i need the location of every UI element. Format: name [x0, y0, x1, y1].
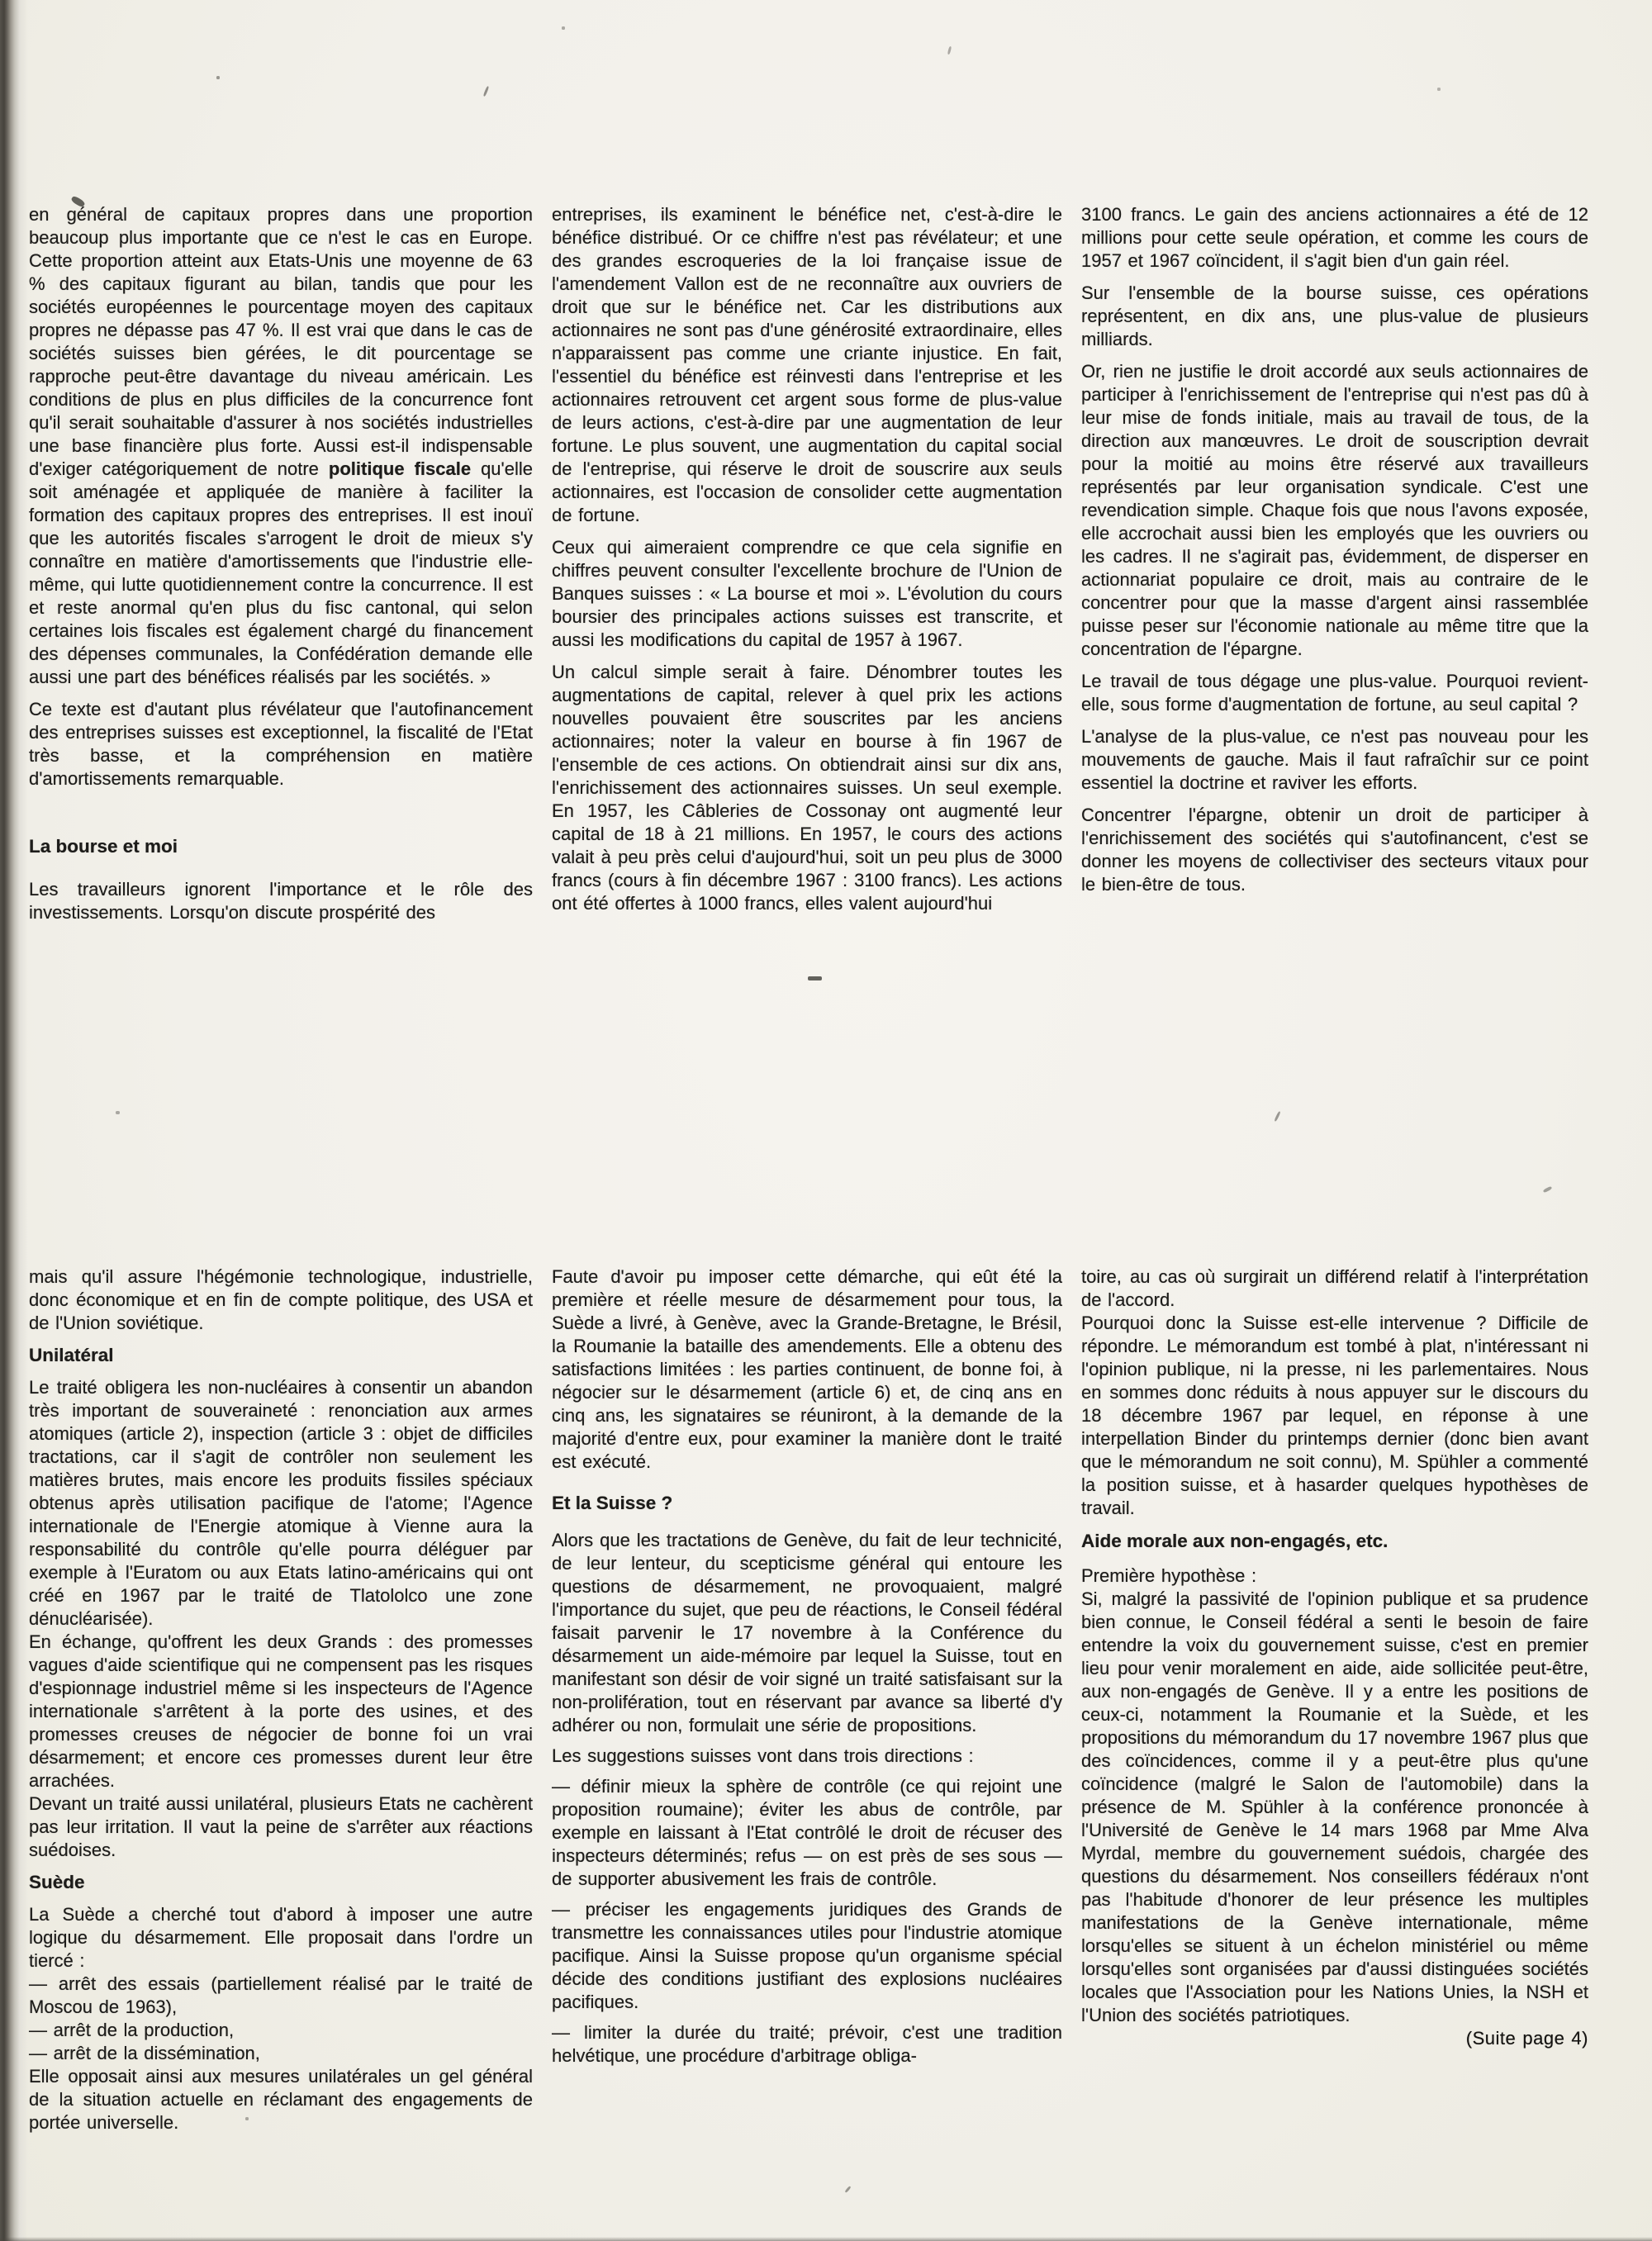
continuation-note: (Suite page 4) [1081, 2027, 1588, 2050]
paragraph: entreprises, ils examinent le bénéfice n… [552, 203, 1062, 527]
paragraph: Un calcul simple serait à faire. Dénombr… [552, 661, 1062, 915]
subheading-premiere-hypothese: Première hypothèse : [1081, 1564, 1588, 1588]
paragraph: Or, rien ne justifie le droit accordé au… [1081, 360, 1588, 661]
bold-run-politique-fiscale: politique fiscale [329, 458, 471, 479]
paragraph: Concentrer l'épargne, obtenir un droit d… [1081, 804, 1588, 896]
paragraph: Le traité obligera les non-nucléaires à … [29, 1376, 533, 1631]
paragraph-text: qu'elle soit aménagée et appliquée de ma… [29, 458, 533, 687]
paragraph: En échange, qu'offrent les deux Grands :… [29, 1631, 533, 1792]
paragraph: Ce texte est d'autant plus révélateur qu… [29, 698, 533, 791]
scan-speck [483, 86, 490, 97]
top-column-2: entreprises, ils examinent le bénéfice n… [552, 203, 1062, 915]
paragraph: Les travailleurs ignorent l'importance e… [29, 878, 533, 924]
paragraph: Faute d'avoir pu imposer cette démarche,… [552, 1265, 1062, 1474]
bottom-column-1: mais qu'il assure l'hégémonie technologi… [29, 1265, 533, 2134]
scan-left-edge [0, 0, 28, 2241]
scan-speck [1274, 1111, 1280, 1122]
scan-speck [116, 1111, 120, 1114]
paragraph: Pourquoi donc la Suisse est-elle interve… [1081, 1312, 1588, 1520]
scan-speck [808, 976, 822, 980]
section-heading-aide-morale: Aide morale aux non-engagés, etc. [1081, 1530, 1588, 1553]
list-item: — arrêt des essais (partiellement réalis… [29, 1973, 533, 2019]
top-column-3: 3100 francs. Le gain des anciens actionn… [1081, 203, 1588, 896]
scan-speck [562, 26, 565, 30]
section-heading-et-la-suisse: Et la Suisse ? [552, 1492, 1062, 1515]
paragraph: Alors que les tractations de Genève, du … [552, 1529, 1062, 1737]
paragraph: L'analyse de la plus-value, ce n'est pas… [1081, 725, 1588, 795]
paragraph: Sur l'ensemble de la bourse suisse, ces … [1081, 282, 1588, 351]
paragraph: mais qu'il assure l'hégémonie technologi… [29, 1265, 533, 1335]
list-item: — limiter la durée du traité; prévoir, c… [552, 2021, 1062, 2068]
list-item: — arrêt de la dissémination, [29, 2042, 533, 2065]
section-heading-la-bourse-et-moi: La bourse et moi [29, 835, 533, 858]
paragraph: toire, au cas où surgirait un différend … [1081, 1265, 1588, 1312]
list-item: — préciser les engagements juridiques de… [552, 1898, 1062, 2014]
list-item: — arrêt de la production, [29, 2019, 533, 2042]
paragraph: en général de capitaux propres dans une … [29, 203, 533, 689]
section-heading-suede: Suède [29, 1871, 533, 1894]
scan-speck [216, 76, 220, 79]
paragraph: La Suède a cherché tout d'abord à impose… [29, 1903, 533, 1973]
paragraph: Ceux qui aimeraient comprendre ce que ce… [552, 536, 1062, 652]
paragraph: Devant un traité aussi unilatéral, plusi… [29, 1792, 533, 1862]
bottom-column-3: toire, au cas où surgirait un différend … [1081, 1265, 1588, 2050]
scan-speck [1437, 88, 1441, 91]
paragraph: Elle opposait ainsi aux mesures unilatér… [29, 2065, 533, 2134]
paragraph-text: en général de capitaux propres dans une … [29, 204, 533, 479]
newspaper-page-scan: en général de capitaux propres dans une … [0, 0, 1652, 2241]
top-column-1: en général de capitaux propres dans une … [29, 203, 533, 924]
section-heading-unilateral: Unilatéral [29, 1344, 533, 1367]
scan-speck [844, 2186, 851, 2193]
list-item: — définir mieux la sphère de contrôle (c… [552, 1775, 1062, 1891]
scan-speck [1543, 1186, 1553, 1194]
paragraph: Les suggestions suisses vont dans trois … [552, 1745, 1062, 1768]
scan-speck [947, 46, 952, 55]
bottom-column-2: Faute d'avoir pu imposer cette démarche,… [552, 1265, 1062, 2068]
paragraph: Le travail de tous dégage une plus-value… [1081, 670, 1588, 716]
paragraph: Si, malgré la passivité de l'opinion pub… [1081, 1588, 1588, 2027]
paragraph: 3100 francs. Le gain des anciens actionn… [1081, 203, 1588, 273]
scan-bottom-edge [0, 2237, 1652, 2241]
